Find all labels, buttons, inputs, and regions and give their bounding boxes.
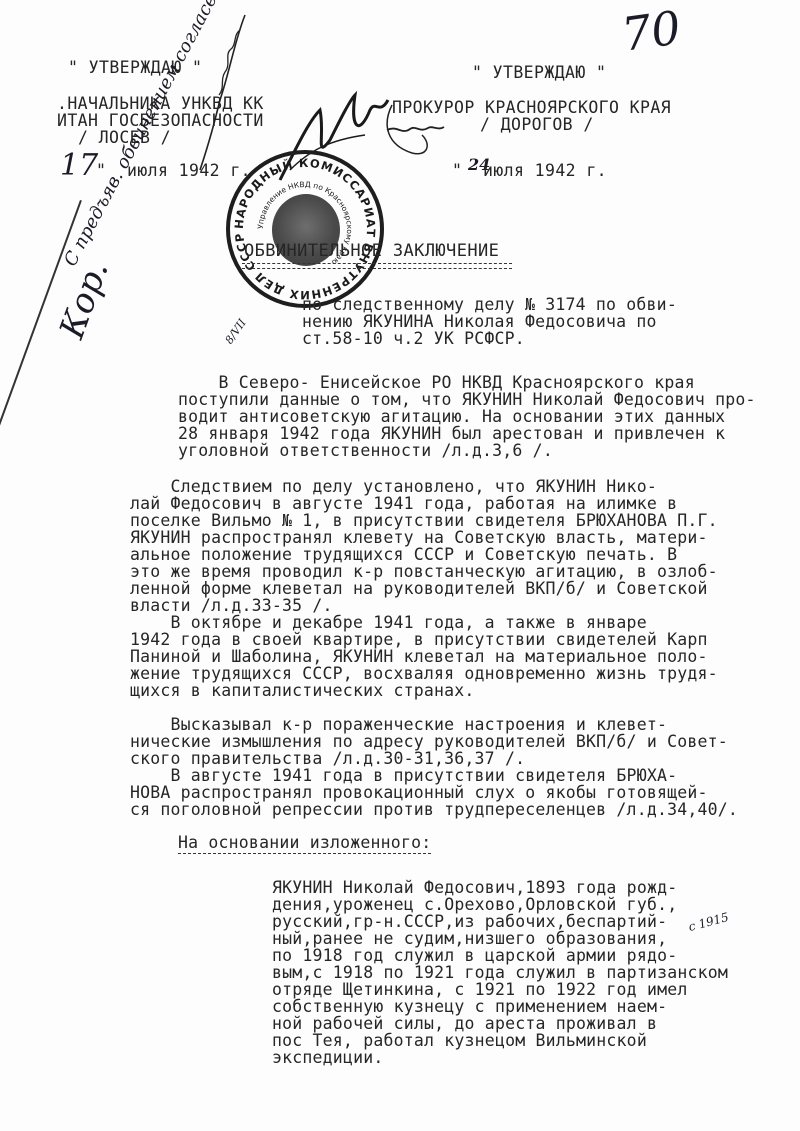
approval-right-line2: / ДОРОГОВ / [480, 114, 594, 135]
margin-scribble [185, 10, 265, 180]
signature-dorogov [372, 95, 452, 165]
accused-margin-note: с 1915 [687, 910, 730, 934]
approval-right-date: " июля 1942 г. [452, 160, 607, 181]
margin-signature: Кор. [52, 255, 117, 343]
margin-date-note: 8/VII [223, 317, 249, 347]
accused-line: экспедиции. [272, 1047, 383, 1068]
document-title: ОБВИНИТЕЛЬНОЕ ЗАКЛЮЧЕНИЕ [244, 241, 499, 262]
document-page: 70 " УТВЕРЖДАЮ " .НАЧАЛЬНИКА УНКВД КК ИТ… [0, 0, 800, 1131]
basis-heading: На основании изложенного: [178, 832, 431, 854]
p1-line: уголовной ответственности /л.д.3,6 /. [178, 440, 553, 461]
p3-line: ся поголовной репрессии против трудперес… [130, 799, 738, 820]
page-number-handwritten: 70 [619, 0, 684, 62]
subtitle-line-3: ст.58-10 ч.2 УК РСФСР. [302, 328, 525, 349]
p2-line: щихся в капиталистических странах. [130, 680, 475, 701]
approval-right-heading: " УТВЕРЖДАЮ " [472, 62, 606, 83]
approval-left-date-day: 17 [60, 148, 98, 183]
title-double-underline [242, 263, 512, 269]
